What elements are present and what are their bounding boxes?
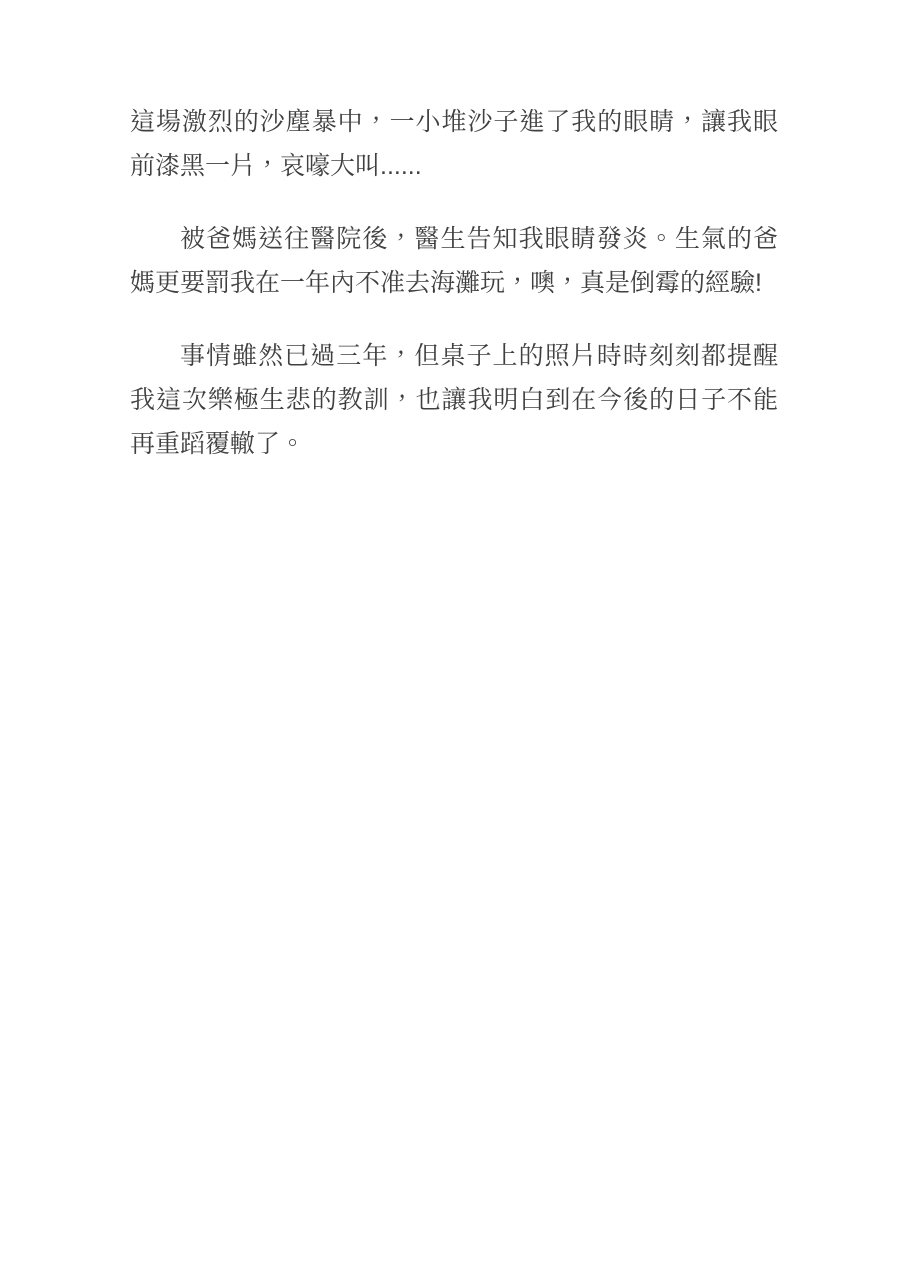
paragraph-3: 事情雖然已過三年，但桌子上的照片時時刻刻都提醒我這次樂極生悲的教訓，也讓我明白到… <box>130 334 778 466</box>
paragraph-1: 這場激烈的沙塵暴中，一小堆沙子進了我的眼睛，讓我眼前漆黑一片，哀嚎大叫.....… <box>130 100 778 188</box>
paragraph-2: 被爸媽送往醫院後，醫生告知我眼睛發炎。生氣的爸媽更要罰我在一年內不准去海灘玩，噢… <box>130 217 778 305</box>
document-page: 這場激烈的沙塵暴中，一小堆沙子進了我的眼睛，讓我眼前漆黑一片，哀嚎大叫.....… <box>0 0 905 1280</box>
